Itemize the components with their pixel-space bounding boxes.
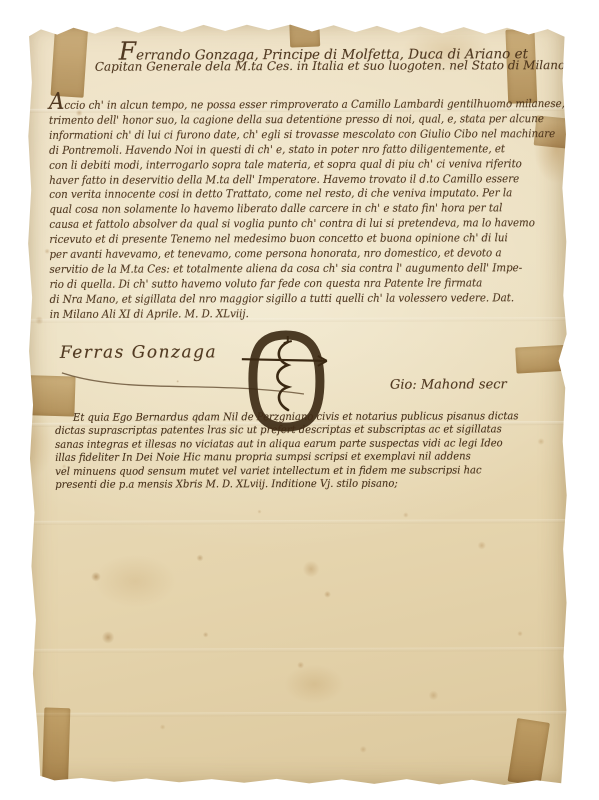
secretary-signature: Gio: Mahond secr: [390, 377, 507, 392]
tape-strip: [508, 718, 550, 786]
notary-attestation: Et quia Ego Bernardus qdam Nil de Perzgn…: [55, 410, 567, 492]
signature: Ferras Gonzaga: [60, 342, 217, 363]
body-line: con verita innocente cosi in detto Tratt…: [49, 187, 528, 204]
body-line: rio di quella. Di ch' sutto havemo volut…: [50, 276, 529, 293]
body-line: servitio de la M.ta Ces: et totalmente a…: [50, 261, 529, 278]
body-line: di Pontremoli. Havendo Noi in questi di …: [49, 142, 528, 159]
body-line: causa et fattolo absolver da qual si vog…: [49, 216, 528, 233]
body-line: trimento dell' honor suo, la cagione del…: [49, 112, 528, 129]
photo-frame: Ferrando Gonzaga, Principe di Molfetta, …: [0, 0, 599, 800]
manuscript-page: Ferrando Gonzaga, Principe di Molfetta, …: [25, 19, 570, 789]
body-line: ricevuto et di presente Tenemo nel medes…: [49, 231, 528, 248]
body-line: Accio ch' in alcun tempo, ne possa esser…: [49, 93, 528, 114]
body-line: per avanti havevamo, et tenevamo, come p…: [49, 246, 528, 263]
tape-strip: [42, 707, 70, 784]
tape-strip: [515, 345, 568, 374]
body-line: con li debiti modi, interrogarlo sopra t…: [49, 157, 528, 174]
body-line: qual cosa non solamente lo havemo libera…: [49, 202, 528, 219]
body-line: in Milano Ali XI di Aprile. M. D. XLviij…: [50, 306, 529, 323]
letter-heading-line2: Capitan Generale dela M.ta Ces. in Itali…: [95, 58, 545, 74]
notary-line: presenti die p.a mensis Xbris M. D. XLvi…: [55, 477, 541, 492]
fold-crease: [27, 711, 569, 717]
fold-crease: [27, 647, 569, 653]
tape-strip: [27, 375, 75, 416]
body-line: haver fatto in deservitio della M.ta del…: [49, 172, 528, 189]
body-line: informationi ch' di lui ci furono date, …: [49, 127, 528, 144]
fold-crease: [26, 519, 568, 525]
letter-body: Accio ch' in alcun tempo, ne possa esser…: [49, 93, 565, 322]
tape-strip: [51, 26, 89, 98]
body-line: di Nra Mano, et sigillata del nro maggio…: [50, 291, 529, 308]
